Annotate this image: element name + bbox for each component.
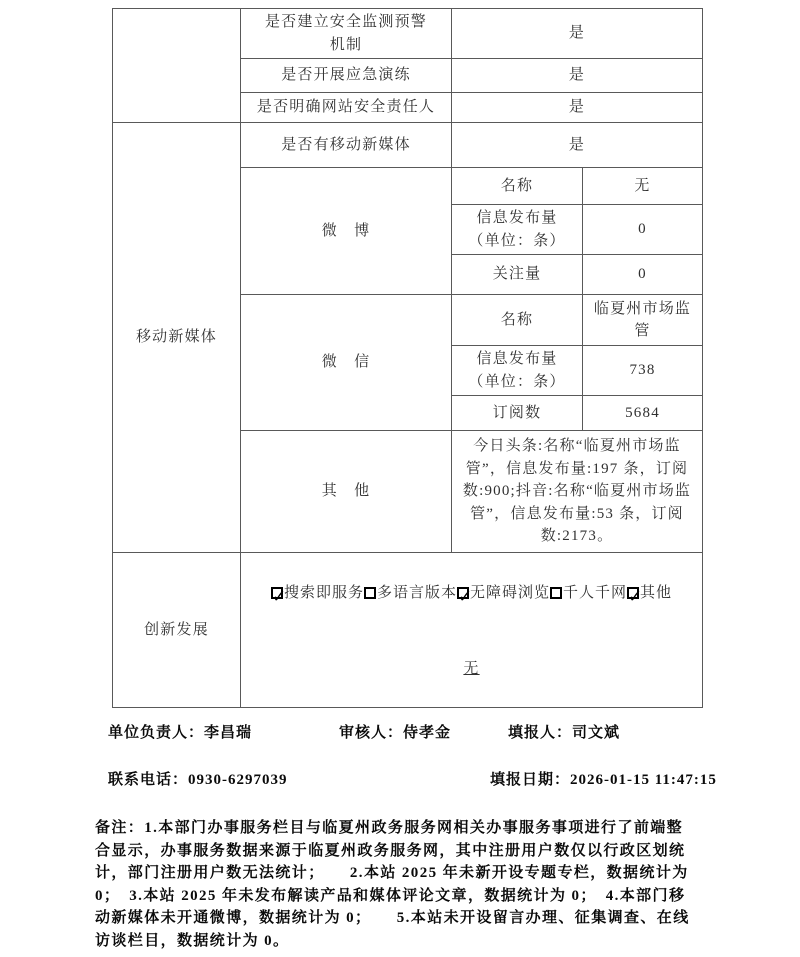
checkbox-icon — [457, 587, 469, 599]
other-media-value: 今日头条:名称“临夏州市场监管”，信息发布量:197 条，订阅数:900;抖音:… — [452, 431, 703, 553]
innovation-other-value: 无 — [249, 630, 694, 682]
report-table: 是否建立安全监测预警 机制 是 是否开展应急演练 是 是否明确网站安全责任人 是… — [112, 8, 703, 708]
security-question-value: 是 — [452, 93, 703, 123]
reviewer: 审核人：侍孝金 — [339, 721, 451, 742]
remarks-line: 合显示，办事服务数据来源于临夏州政务服务网，其中注册用户数仅以行政区划统 — [95, 840, 715, 863]
filler: 填报人：司文斌 — [508, 721, 620, 742]
innovation-option: 多语言版本 — [364, 585, 457, 601]
unit-head: 单位负责人：李昌瑞 — [108, 721, 252, 742]
wechat-label: 微 信 — [241, 295, 452, 431]
wechat-field-name: 名称 — [452, 295, 583, 346]
checkbox-icon — [271, 587, 283, 599]
has-mobile-label: 是否有移动新媒体 — [241, 123, 452, 168]
has-mobile-value: 是 — [452, 123, 703, 168]
wechat-field-name: 信息发布量 （单位：条） — [452, 346, 583, 396]
checkbox-icon — [364, 587, 376, 599]
security-question-value: 是 — [452, 59, 703, 93]
remarks-line: 访谈栏目，数据统计为 0。 — [95, 930, 715, 953]
contact-phone: 联系电话：0930-6297039 — [108, 768, 288, 789]
weibo-field-value: 0 — [583, 255, 703, 295]
innovation-content-cell: 搜索即服务多语言版本无障碍浏览千人千网其他 无 — [241, 553, 703, 708]
security-question-label: 是否明确网站安全责任人 — [241, 93, 452, 123]
remarks-block: 备注：1.本部门办事服务栏目与临夏州政务服务网相关办事服务事项进行了前端整 合显… — [95, 817, 715, 952]
innovation-options: 搜索即服务多语言版本无障碍浏览千人千网其他 — [249, 578, 694, 608]
weibo-field-name: 关注量 — [452, 255, 583, 295]
other-media-label: 其 他 — [241, 431, 452, 553]
security-question-value: 是 — [452, 9, 703, 59]
innovation-option: 无障碍浏览 — [457, 585, 550, 601]
section-cell-empty — [113, 9, 241, 123]
security-question-label: 是否开展应急演练 — [241, 59, 452, 93]
report-page: 是否建立安全监测预警 机制 是 是否开展应急演练 是 是否明确网站安全责任人 是… — [0, 0, 800, 957]
security-question-label: 是否建立安全监测预警 机制 — [241, 9, 452, 59]
checkbox-icon — [550, 587, 562, 599]
wechat-field-value: 临夏州市场监管 — [583, 295, 703, 346]
weibo-field-value: 无 — [583, 168, 703, 205]
wechat-field-name: 订阅数 — [452, 396, 583, 431]
report-table-container: 是否建立安全监测预警 机制 是 是否开展应急演练 是 是否明确网站安全责任人 是… — [112, 8, 703, 708]
wechat-field-value: 5684 — [583, 396, 703, 431]
remarks-line: 0； 3.本站 2025 年未发布解读产品和媒体评论文章，数据统计为 0； 4.… — [95, 885, 715, 908]
wechat-field-value: 738 — [583, 346, 703, 396]
innovation-option: 千人千网 — [550, 585, 627, 601]
section-cell-mobile-media: 移动新媒体 — [113, 123, 241, 553]
remarks-line: 动新媒体未开通微博，数据统计为 0； 5.本站未开设留言办理、征集调查、在线 — [95, 907, 715, 930]
weibo-field-value: 0 — [583, 205, 703, 255]
checkbox-icon — [627, 587, 639, 599]
remarks-line: 计，部门注册用户数无法统计； 2.本站 2025 年未新开设专题专栏，数据统计为 — [95, 862, 715, 885]
weibo-field-name: 信息发布量 （单位：条） — [452, 205, 583, 255]
remarks-line: 备注：1.本部门办事服务栏目与临夏州政务服务网相关办事服务事项进行了前端整 — [95, 817, 715, 840]
section-cell-innovation: 创新发展 — [113, 553, 241, 708]
weibo-field-name: 名称 — [452, 168, 583, 205]
weibo-label: 微 博 — [241, 168, 452, 295]
innovation-option: 其他 — [627, 585, 672, 601]
fill-date: 填报日期：2026-01-15 11:47:15 — [490, 768, 717, 789]
innovation-option: 搜索即服务 — [271, 585, 364, 601]
